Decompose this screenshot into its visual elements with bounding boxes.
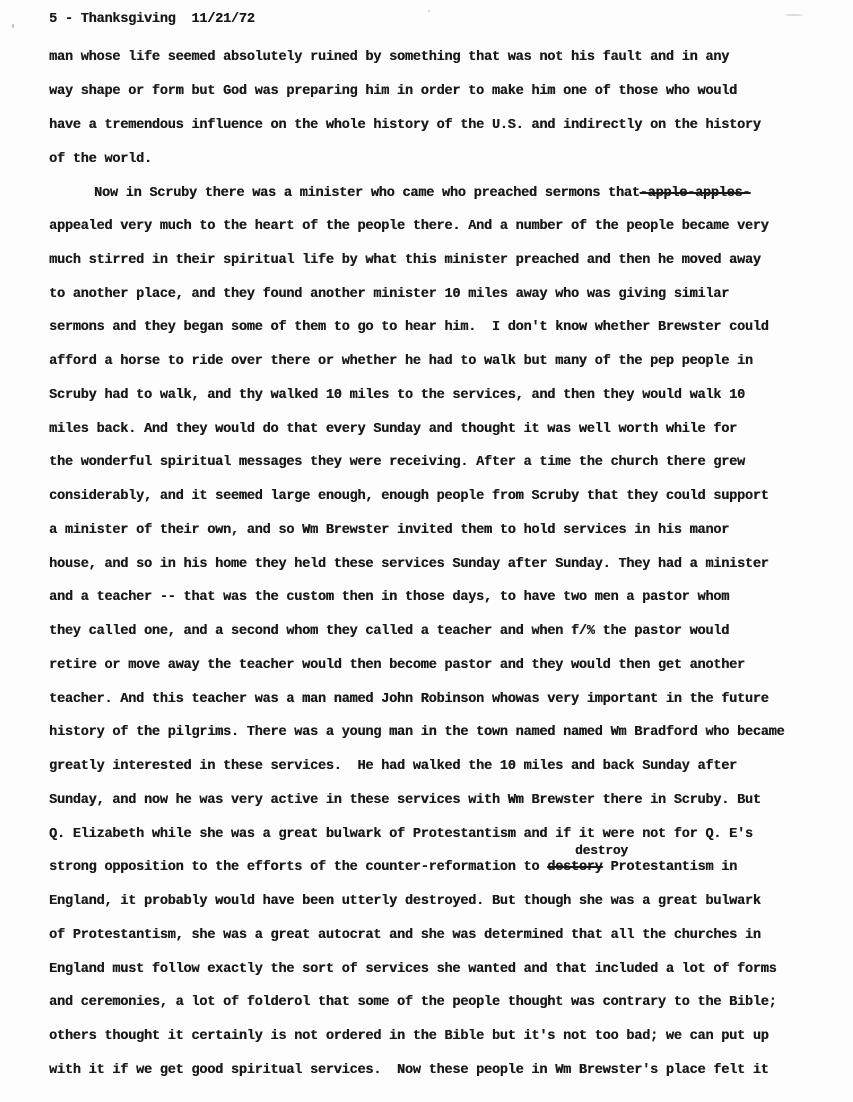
text-line-23: Sunday, and now he was very active in th… — [49, 793, 761, 809]
text-line-29: and ceremonies, a lot of folderol that s… — [49, 995, 777, 1011]
text-line-8: to another place, and they found another… — [49, 287, 729, 303]
text-line-22: greatly interested in these services. He… — [49, 759, 737, 775]
text-line-15: a minister of their own, and so Wm Brews… — [49, 523, 729, 539]
text-line-19: retire or move away the teacher would th… — [49, 658, 745, 674]
struck-text: -apple-apples- — [640, 186, 751, 201]
text-line-26: England, it probably would have been utt… — [49, 894, 761, 910]
line-25-before: strong opposition to the efforts of the … — [49, 860, 547, 875]
text-line-7: much stirred in their spiritual life by … — [49, 253, 761, 269]
text-line-30: others thought it certainly is not order… — [49, 1029, 769, 1045]
text-line-2: way shape or form but God was preparing … — [49, 84, 737, 100]
text-line-20: teacher. And this teacher was a man name… — [49, 692, 769, 708]
text-line-12: miles back. And they would do that every… — [49, 422, 737, 438]
text-line-14: considerably, and it seemed large enough… — [49, 489, 769, 505]
page-header: 5 - Thanksgiving 11/21/72 — [49, 12, 255, 28]
text-line-13: the wonderful spiritual messages they we… — [49, 455, 745, 471]
text-line-21: history of the pilgrims. There was a you… — [49, 725, 784, 741]
text-line-28: England must follow exactly the sort of … — [49, 962, 777, 978]
text-line-17: and a teacher -- that was the custom the… — [49, 590, 729, 606]
text-line-16: house, and so in his home they held thes… — [49, 557, 769, 573]
text-line-4: of the world. — [49, 152, 152, 168]
line-5-text: Now in Scruby there was a minister who c… — [94, 186, 640, 201]
interlinear-correction: destroy — [575, 843, 628, 859]
struck-text: destory — [547, 860, 602, 875]
text-line-11: Scruby had to walk, and thy walked 10 mi… — [49, 388, 745, 404]
scan-speck — [12, 24, 14, 28]
text-line-27: of Protestantism, she was a great autocr… — [49, 928, 761, 944]
scan-speck — [428, 10, 430, 12]
typewritten-page: 5 - Thanksgiving 11/21/72 man whose life… — [0, 0, 853, 1102]
line-25-after: Protestantism in — [603, 860, 737, 875]
text-line-6: appealed very much to the heart of the p… — [49, 219, 769, 235]
text-line-10: afford a horse to ride over there or whe… — [49, 354, 753, 370]
text-line-25: strong opposition to the efforts of the … — [49, 860, 737, 876]
text-line-1: man whose life seemed absolutely ruined … — [49, 50, 729, 66]
text-line-31: with it if we get good spiritual service… — [49, 1063, 769, 1079]
scan-mark — [785, 14, 803, 16]
text-line-9: sermons and they began some of them to g… — [49, 320, 769, 336]
text-line-18: they called one, and a second whom they … — [49, 624, 729, 640]
text-line-5: Now in Scruby there was a minister who c… — [94, 186, 750, 202]
text-line-24: Q. Elizabeth while she was a great bulwa… — [49, 827, 753, 843]
text-line-3: have a tremendous influence on the whole… — [49, 118, 761, 134]
